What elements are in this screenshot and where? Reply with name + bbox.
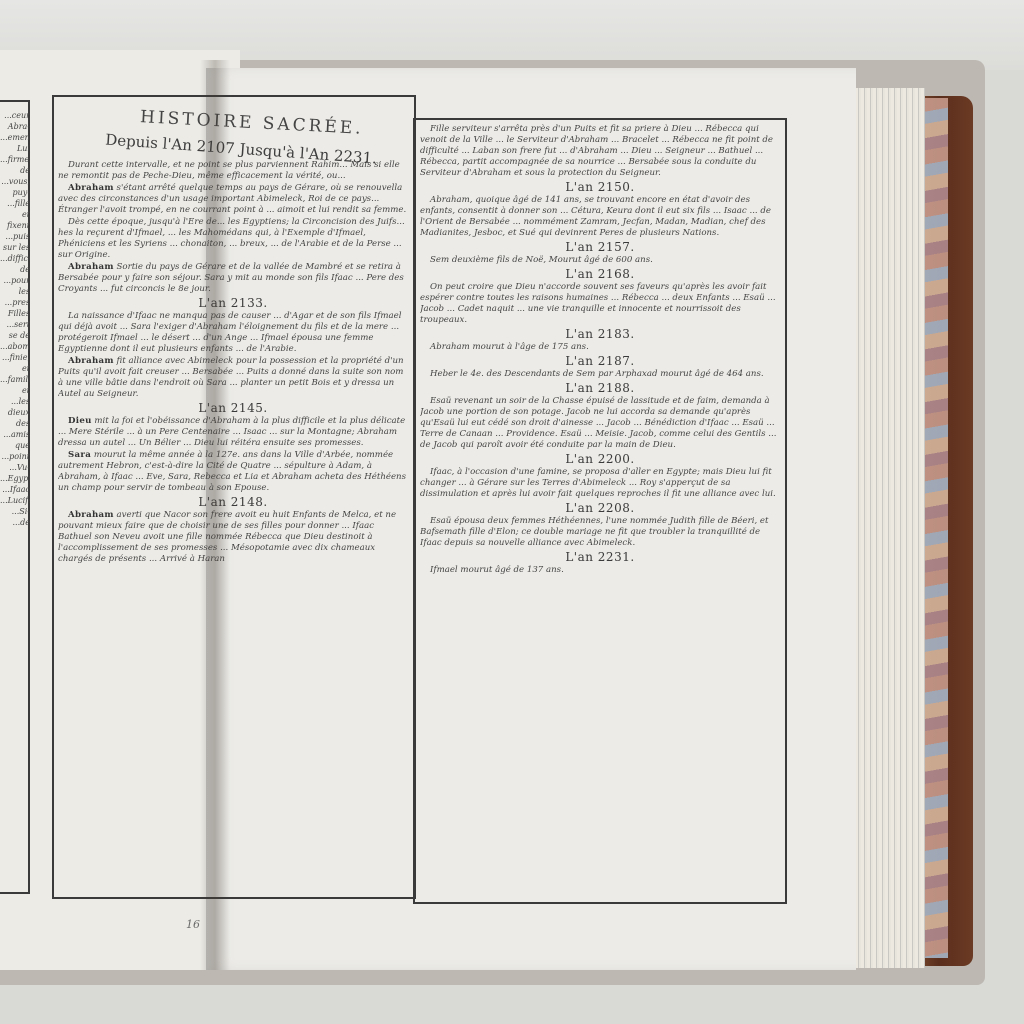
- year-heading: L'an 2231.: [420, 552, 780, 563]
- year-heading: L'an 2145.: [58, 403, 408, 414]
- entry-text: Heber le 4e. des Descendants de Sem par …: [420, 369, 780, 380]
- paragraph: Abraham s'étant arrêté quelque temps au …: [58, 183, 408, 216]
- year-heading: L'an 2187.: [420, 356, 780, 367]
- year-heading: L'an 2200.: [420, 454, 780, 465]
- entry-text: Sem deuxième fils de Noë, Mourut âgé de …: [420, 255, 780, 266]
- year-heading: L'an 2150.: [420, 182, 780, 193]
- entry-text: Abraham, quoique âgé de 141 ans, se trou…: [420, 195, 780, 239]
- entry-text: Abraham mourut à l'âge de 175 ans.: [420, 342, 780, 353]
- year-heading: L'an 2148.: [58, 497, 408, 508]
- middle-column: Durant cette intervalle, et ne point se …: [58, 160, 408, 890]
- entry-text: On peut croire que Dieu n'accorde souven…: [420, 282, 780, 326]
- year-heading: L'an 2157.: [420, 242, 780, 253]
- year-heading: L'an 2188.: [420, 383, 780, 394]
- right-column: Fille serviteur s'arrêta près d'un Puits…: [420, 124, 780, 894]
- book-gutter: [200, 60, 230, 970]
- paragraph: Abraham Sortie du pays de Gérare et de l…: [58, 262, 408, 295]
- year-heading: L'an 2133.: [58, 298, 408, 309]
- entry-text: Esaü revenant un soir de la Chasse épuis…: [420, 396, 780, 451]
- page-edges: [855, 88, 925, 968]
- year-heading: L'an 2208.: [420, 503, 780, 514]
- entry-text: Ifaac, à l'occasion d'une famine, se pro…: [420, 467, 780, 500]
- year-heading: L'an 2168.: [420, 269, 780, 280]
- page-number: 16: [186, 918, 200, 931]
- paragraph: La naissance d'Ifaac ne manqua pas de ca…: [58, 311, 408, 355]
- left-strip-text: ...ceur Abra-...ement Lui...firmes de...…: [0, 110, 30, 890]
- paragraph: Dès cette époque, jusqu'à l'Ere de... le…: [58, 217, 408, 261]
- paragraph: Abraham averti que Nacor son frere avoit…: [58, 510, 408, 565]
- entry-text: Esaü épousa deux femmes Héthéennes, l'un…: [420, 516, 780, 549]
- intro-paragraph: Durant cette intervalle, et ne point se …: [58, 160, 408, 182]
- opening-paragraph: Fille serviteur s'arrêta près d'un Puits…: [420, 124, 780, 179]
- year-heading: L'an 2183.: [420, 329, 780, 340]
- marbled-endpaper: [922, 98, 948, 958]
- entry-text: Ifmael mourut âgé de 137 ans.: [420, 565, 780, 576]
- paragraph: Sara mourut la même année à la 127e. ans…: [58, 450, 408, 494]
- paragraph: Dieu mit la foi et l'obéissance d'Abraha…: [58, 416, 408, 449]
- paragraph: Abraham fit alliance avec Abimeleck pour…: [58, 356, 408, 400]
